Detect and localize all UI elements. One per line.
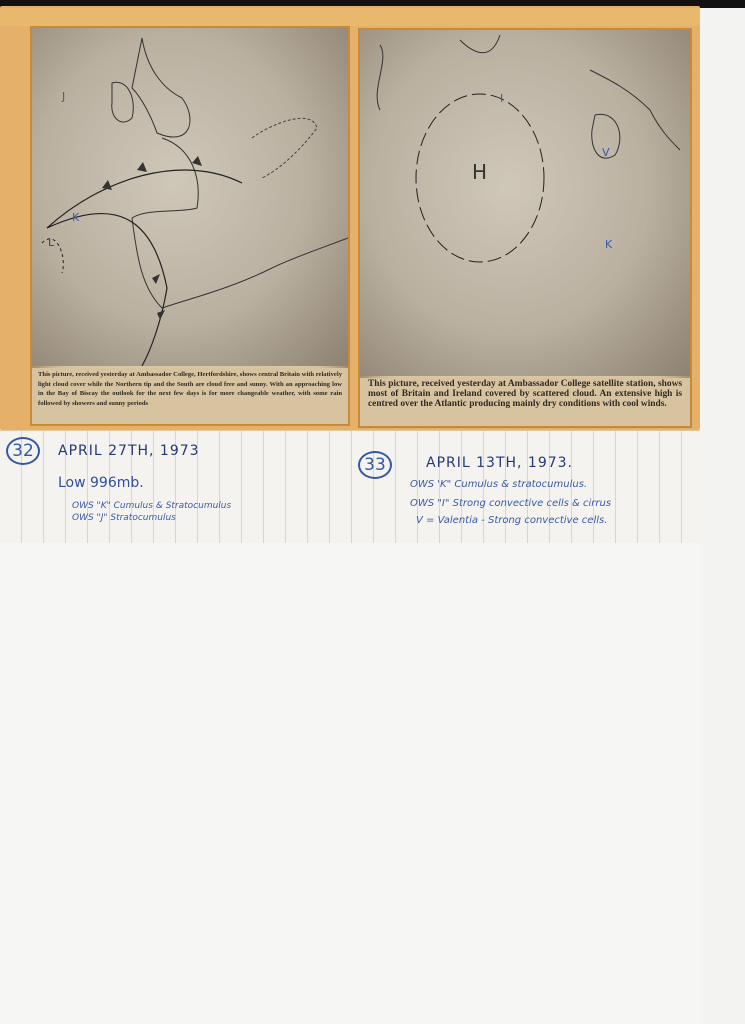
map-label-i: I: [500, 92, 503, 105]
clipping-caption: This picture, received yesterday at Amba…: [32, 368, 348, 424]
map-label-k: K: [605, 238, 612, 251]
sellotape-strip: [0, 8, 700, 26]
entry-number-33: 33: [358, 451, 392, 479]
entry-number-32: 32: [6, 437, 40, 465]
scan-right-margin: [700, 8, 745, 1024]
entry-date: APRIL 13TH, 1973.: [426, 455, 573, 471]
entry-note-line: OWS "K" Cumulus & Stratocumulus: [72, 501, 231, 511]
newspaper-clipping-32: J K L This picture, received yesterday a…: [30, 26, 350, 426]
entry-note-line: OWS "I" Strong convective cells & cirrus: [410, 498, 611, 509]
map-label-low: L: [48, 236, 54, 249]
map-label-j: J: [62, 90, 65, 103]
weather-map-lines: [360, 30, 690, 376]
entry-note-line: OWS "J" Stratocumulus: [72, 513, 176, 523]
entry-note-line: V = Valentia - Strong convective cells.: [416, 515, 607, 526]
entry-note-line: OWS 'K" Cumulus & stratocumulus.: [410, 479, 587, 490]
weather-map-lines: [32, 28, 348, 366]
handwritten-notes-card: 32 APRIL 27TH, 1973 Low 996mb. OWS "K" C…: [0, 430, 700, 543]
clipping-caption: This picture, received yesterday at Amba…: [360, 378, 690, 426]
newspaper-clipping-33: H I V K This picture, received yesterday…: [358, 28, 692, 428]
entry-pressure-note: Low 996mb.: [58, 475, 144, 491]
satellite-image-europe-low: J K L: [32, 28, 348, 366]
high-pressure-label: H: [472, 160, 487, 184]
entry-date: APRIL 27TH, 1973: [58, 443, 200, 459]
map-label-v: V: [602, 146, 610, 159]
scrapbook-entry: J K L This picture, received yesterday a…: [0, 6, 700, 542]
satellite-image-atlantic-high: H I V K: [360, 30, 690, 376]
map-label-k: K: [72, 211, 79, 224]
